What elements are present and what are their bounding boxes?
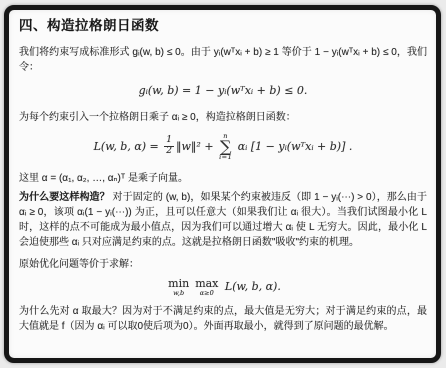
max-label: max <box>195 278 218 289</box>
summation-lower-limit: i=1 <box>219 154 232 161</box>
summation-operator: n ∑ i=1 <box>219 133 232 161</box>
lagrangian-tail: αᵢ [1 − yᵢ(wᵀxᵢ + b)] . <box>234 139 352 156</box>
min-operator: min w,b <box>168 278 189 297</box>
min-label: min <box>168 278 189 289</box>
formula-constraint-g: gᵢ(w, b) = 1 − yᵢ(wᵀxᵢ + b) ≤ 0. <box>19 83 427 100</box>
paragraph-why-construct: 为什么要这样构造？ 对于固定的 (w, b)，如果某个约束被违反（即 1 − y… <box>19 190 427 250</box>
formula-lagrangian: L(w, b, α) = 1 2 ‖w‖² + n ∑ i=1 αᵢ [1 − … <box>19 133 427 161</box>
paragraph-why-lead: 为什么要这样构造？ <box>19 192 110 203</box>
paragraph-constraint-intro: 我们将约束写成标准形式 gᵢ(w, b) ≤ 0。由于 yᵢ(wᵀxᵢ + b)… <box>19 45 427 75</box>
paragraph-alpha-vector: 这里 α = (α₁, α₂, …, αₙ)ᵀ 是乘子向量。 <box>19 171 427 186</box>
page-title: 四、构造拉格朗日函数 <box>19 16 427 36</box>
max-subscript: α≥0 <box>200 290 214 297</box>
document-page: 四、构造拉格朗日函数 我们将约束写成标准形式 gᵢ(w, b) ≤ 0。由于 y… <box>4 5 441 363</box>
formula-minmax: min w,b max α≥0 L(w, b, α). <box>19 278 427 297</box>
paragraph-equivalent-problem: 原始优化问题等价于求解： <box>19 257 427 272</box>
fraction-one-half: 1 2 <box>164 136 174 157</box>
formula-constraint-g-text: gᵢ(w, b) = 1 − yᵢ(wᵀxᵢ + b) ≤ 0. <box>139 83 308 100</box>
minmax-body: L(w, b, α). <box>221 279 280 296</box>
page-content: 四、构造拉格朗日函数 我们将约束写成标准形式 gᵢ(w, b) ≤ 0。由于 y… <box>9 10 436 345</box>
max-operator: max α≥0 <box>195 278 218 297</box>
paragraph-max-first: 为什么先对 α 取最大？因为对于不满足约束的点，最大值是无穷大；对于满足约束的点… <box>19 304 427 334</box>
lagrangian-norm-term: ‖w‖² + <box>176 139 217 156</box>
paragraph-multiplier: 为每个约束引入一个拉格朗日乘子 αᵢ ≥ 0，构造拉格朗日函数： <box>19 110 427 125</box>
min-subscript: w,b <box>173 290 184 297</box>
fraction-denominator: 2 <box>164 147 174 157</box>
lagrangian-lhs: L(w, b, α) = <box>94 139 163 156</box>
